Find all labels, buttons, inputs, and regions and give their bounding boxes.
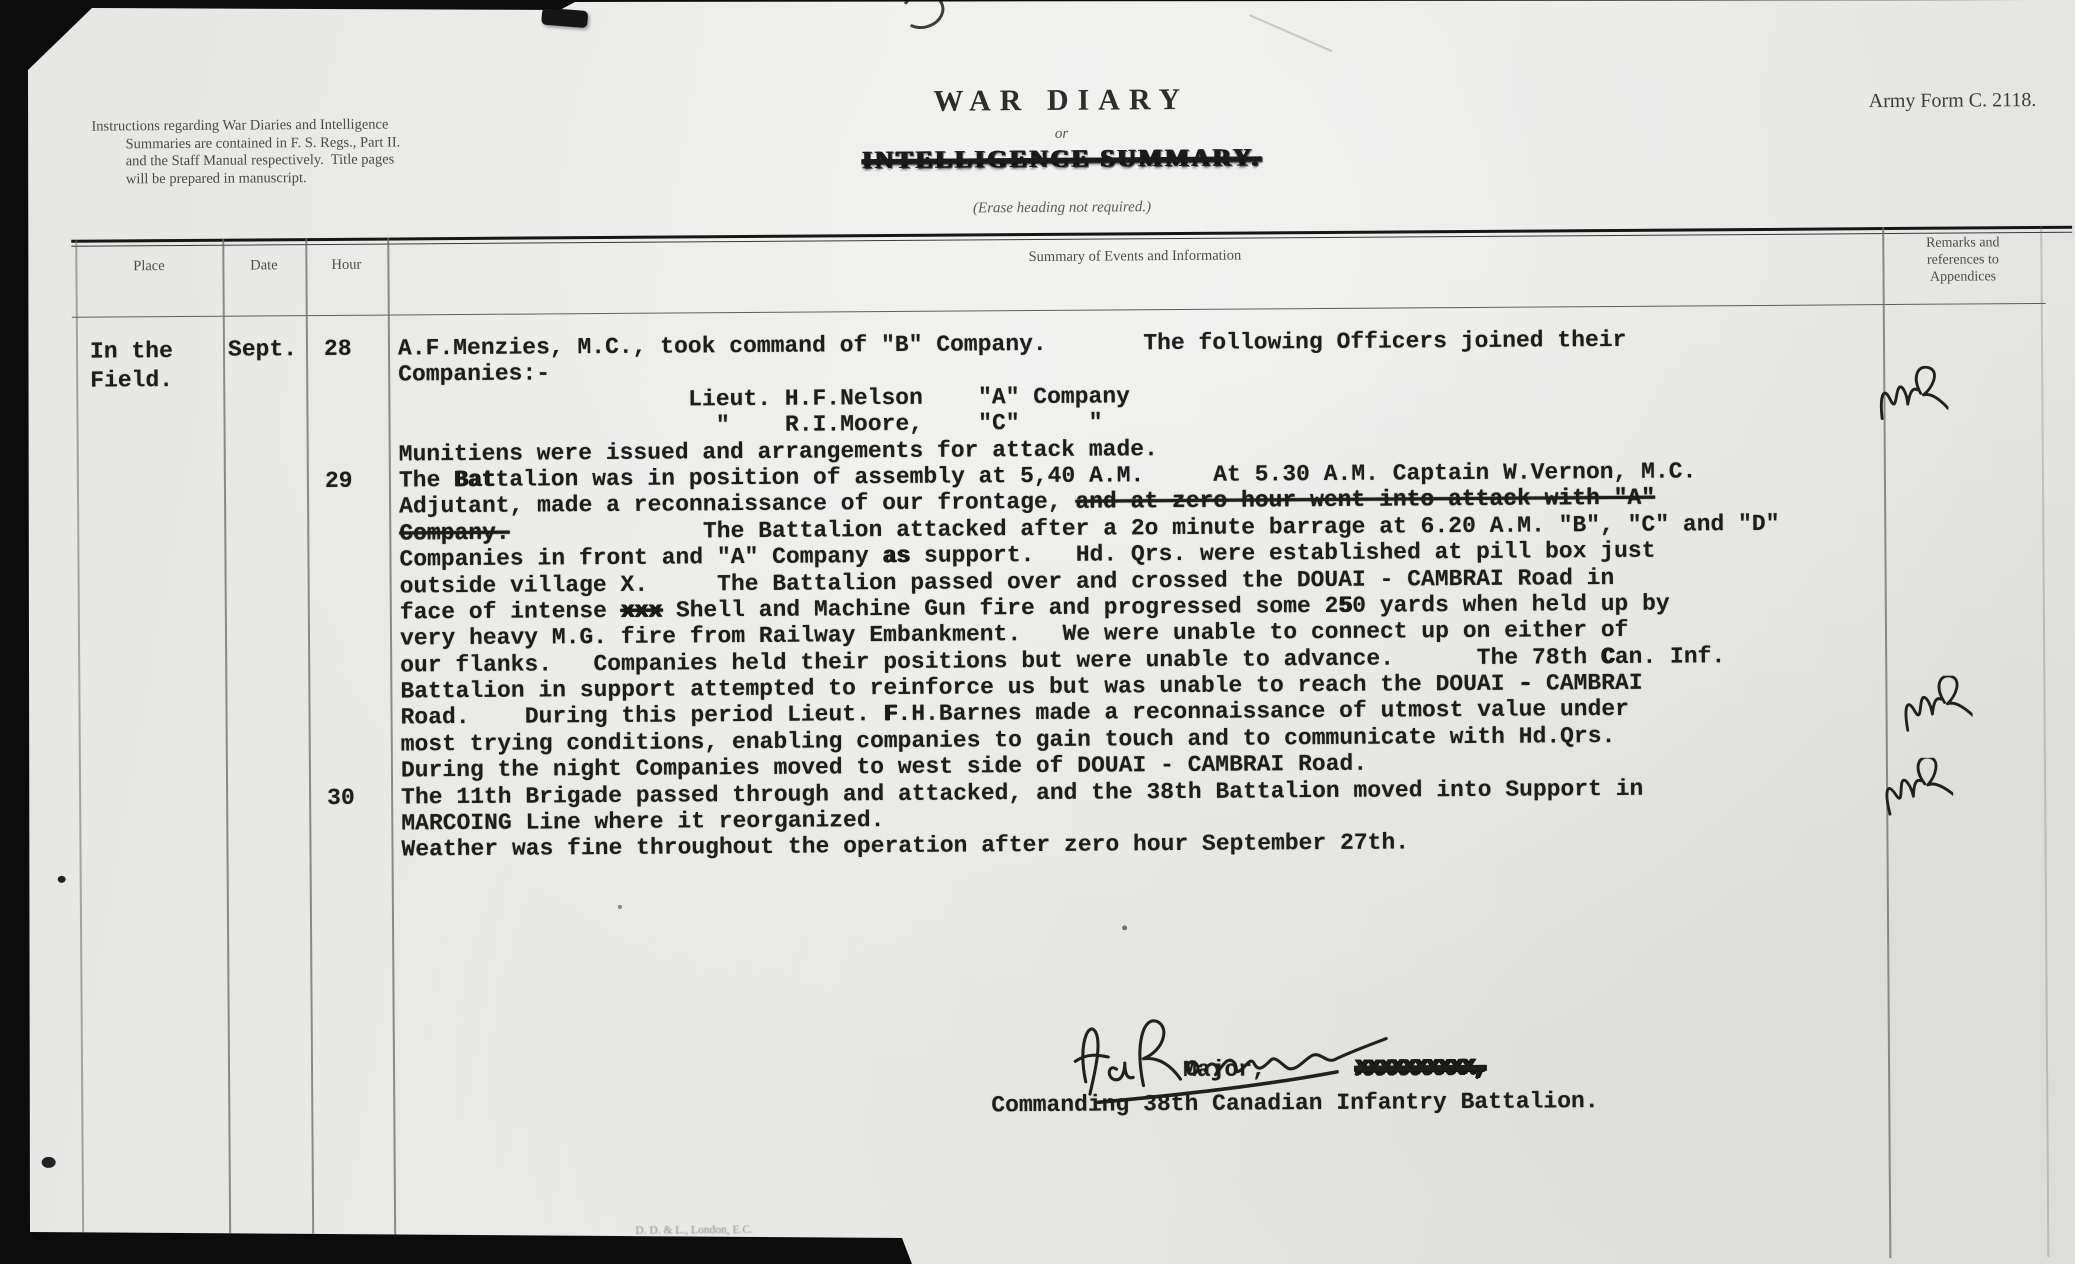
struck-text: Company. bbox=[399, 519, 510, 546]
struck-text: xxx bbox=[621, 598, 663, 624]
ink-speck bbox=[1122, 925, 1127, 930]
handwritten-initials bbox=[1875, 758, 1953, 823]
paperclip-mark bbox=[897, 0, 949, 34]
crease-line bbox=[1249, 14, 1332, 51]
ink-speck bbox=[42, 1157, 56, 1168]
column-divider bbox=[305, 238, 314, 1264]
typed-text: - bbox=[1518, 671, 1532, 697]
table-border-left bbox=[75, 240, 84, 1264]
struck-heading: INTELLIGENCE SUMMARY. bbox=[787, 144, 1337, 176]
typed-text: 0 yards when held up by bbox=[1352, 590, 1670, 618]
column-header-place: Place bbox=[75, 258, 222, 276]
typed-text: Bat bbox=[454, 467, 496, 493]
struck-text: and at zero hour went into attack with "… bbox=[1075, 485, 1655, 515]
remarks-header-line: references to bbox=[1885, 251, 2040, 269]
page-title: WAR DIARY bbox=[826, 82, 1296, 119]
typed-text: Companies in front and "A" Company bbox=[399, 543, 882, 572]
typed-text: Road. During this period Lieut. bbox=[400, 702, 883, 731]
instructions-note: Instructions regarding War Diaries and I… bbox=[91, 116, 521, 189]
printer-imprint: D. D. & L., London, E.C. (B1340) Wt W340… bbox=[464, 1223, 924, 1252]
typed-text: face of intense bbox=[400, 598, 621, 626]
signature-title: Commanding 38th Canadian Infantry Battal… bbox=[991, 1088, 1598, 1118]
army-form-number: Army Form C. 2118. bbox=[1696, 89, 2036, 114]
typed-text: as bbox=[882, 543, 910, 569]
paper-sheet: Instructions regarding War Diaries and I… bbox=[0, 0, 2075, 1264]
instructions-line: will be prepared in manuscript. bbox=[126, 168, 522, 188]
typed-text: Companies:- bbox=[398, 361, 550, 388]
ink-speck bbox=[618, 905, 622, 909]
column-header-date: Date bbox=[222, 257, 305, 275]
column-header-remarks: Remarks and references to Appendices bbox=[1885, 234, 2040, 286]
typed-text: MARCOING Line where it reorganized. bbox=[401, 807, 884, 836]
typed-text: F bbox=[884, 701, 898, 727]
typed-text: Weather was fine throughout the operatio… bbox=[401, 830, 1409, 863]
struck-out-rank: XXXXXXXXXX, bbox=[1355, 1055, 1485, 1082]
typed-text: The bbox=[399, 467, 454, 493]
column-header-hour: Hour bbox=[305, 257, 387, 275]
day-number: 28 bbox=[324, 336, 352, 362]
signature-rank: Major, bbox=[1183, 1056, 1266, 1083]
date-entry: Sept. bbox=[228, 336, 297, 362]
day-number-column: 282930 bbox=[324, 336, 388, 896]
table-header-rule bbox=[72, 303, 2046, 318]
typed-text: an. Inf. bbox=[1615, 643, 1726, 670]
typed-text: CAMBRAI bbox=[1532, 670, 1643, 697]
day-number: 29 bbox=[325, 468, 353, 494]
handwritten-initials bbox=[1894, 675, 1972, 740]
summary-lines: A.F.Menzies, M.C., took command of "B" C… bbox=[398, 325, 1882, 863]
page-content: Instructions regarding War Diaries and I… bbox=[0, 0, 2075, 1264]
typed-text: C bbox=[1601, 644, 1615, 670]
erase-note: (Erase heading not required.) bbox=[827, 198, 1297, 218]
typed-text: 5 bbox=[1338, 593, 1352, 619]
handwritten-initials bbox=[1870, 366, 1948, 431]
remarks-header-line: Remarks and bbox=[1885, 234, 2040, 252]
ink-speck bbox=[58, 876, 66, 883]
or-label: or bbox=[826, 124, 1296, 144]
print-code: (B1340) Wt W3400/P713 750,000 3/18 D D &… bbox=[464, 1236, 924, 1252]
scanned-war-diary-page: Instructions regarding War Diaries and I… bbox=[0, 0, 2075, 1264]
staple-mark bbox=[541, 7, 588, 28]
column-divider bbox=[222, 239, 231, 1264]
table-border-right bbox=[2040, 226, 2049, 1257]
remarks-header-line: Appendices bbox=[1885, 268, 2040, 286]
column-divider bbox=[387, 238, 396, 1264]
day-number: 30 bbox=[327, 785, 355, 811]
place-entry: In the Field. bbox=[90, 337, 173, 396]
column-header-summary: Summary of Events and Information bbox=[387, 243, 1882, 270]
